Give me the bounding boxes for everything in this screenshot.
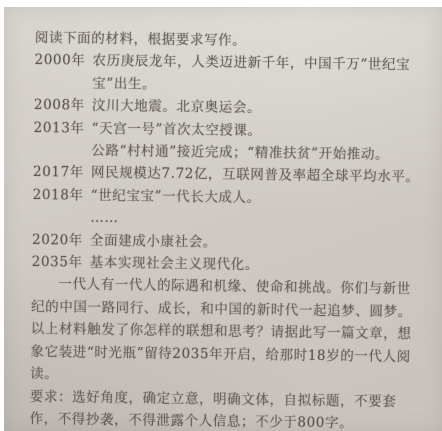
screenshot-root: 阅读下面的材料，根据要求写作。 2000年 农历庚辰龙年，人类迈进新千年，中国千… [0,0,442,431]
year-label: 2008年 [34,94,92,117]
essay-prompt-document: 阅读下面的材料，根据要求写作。 2000年 农历庚辰龙年，人类迈进新千年，中国千… [29,27,427,431]
requirements-text: 要求：选好角度，确定立意，明确文体，自拟标题，不要套作，不得抄袭，不得泄露个人信… [29,385,422,431]
timeline: 2000年 农历庚辰龙年，人类迈进新千年，中国千万“世纪宝宝”出生。 2008年… [32,49,427,279]
year-label: 2020年 [32,229,90,252]
timeline-row: 2000年 农历庚辰龙年，人类迈进新千年，中国千万“世纪宝宝”出生。 [34,49,427,99]
prompt-paragraph: 一代人有一代人的际遇和机缘、使命和挑战。你们与新世纪的中国一路同行、成长，和中国… [30,273,424,390]
year-label: 2000年 [34,49,92,72]
year-label: 2018年 [32,184,90,207]
year-label: 2013年 [33,117,91,140]
year-label: 2017年 [33,161,91,184]
event-text: 农历庚辰龙年，人类迈进新千年，中国千万“世纪宝宝”出生。 [92,50,427,99]
exam-paper-photo: 阅读下面的材料，根据要求写作。 2000年 农历庚辰龙年，人类迈进新千年，中国千… [4,7,442,431]
year-label: 2035年 [32,251,90,274]
